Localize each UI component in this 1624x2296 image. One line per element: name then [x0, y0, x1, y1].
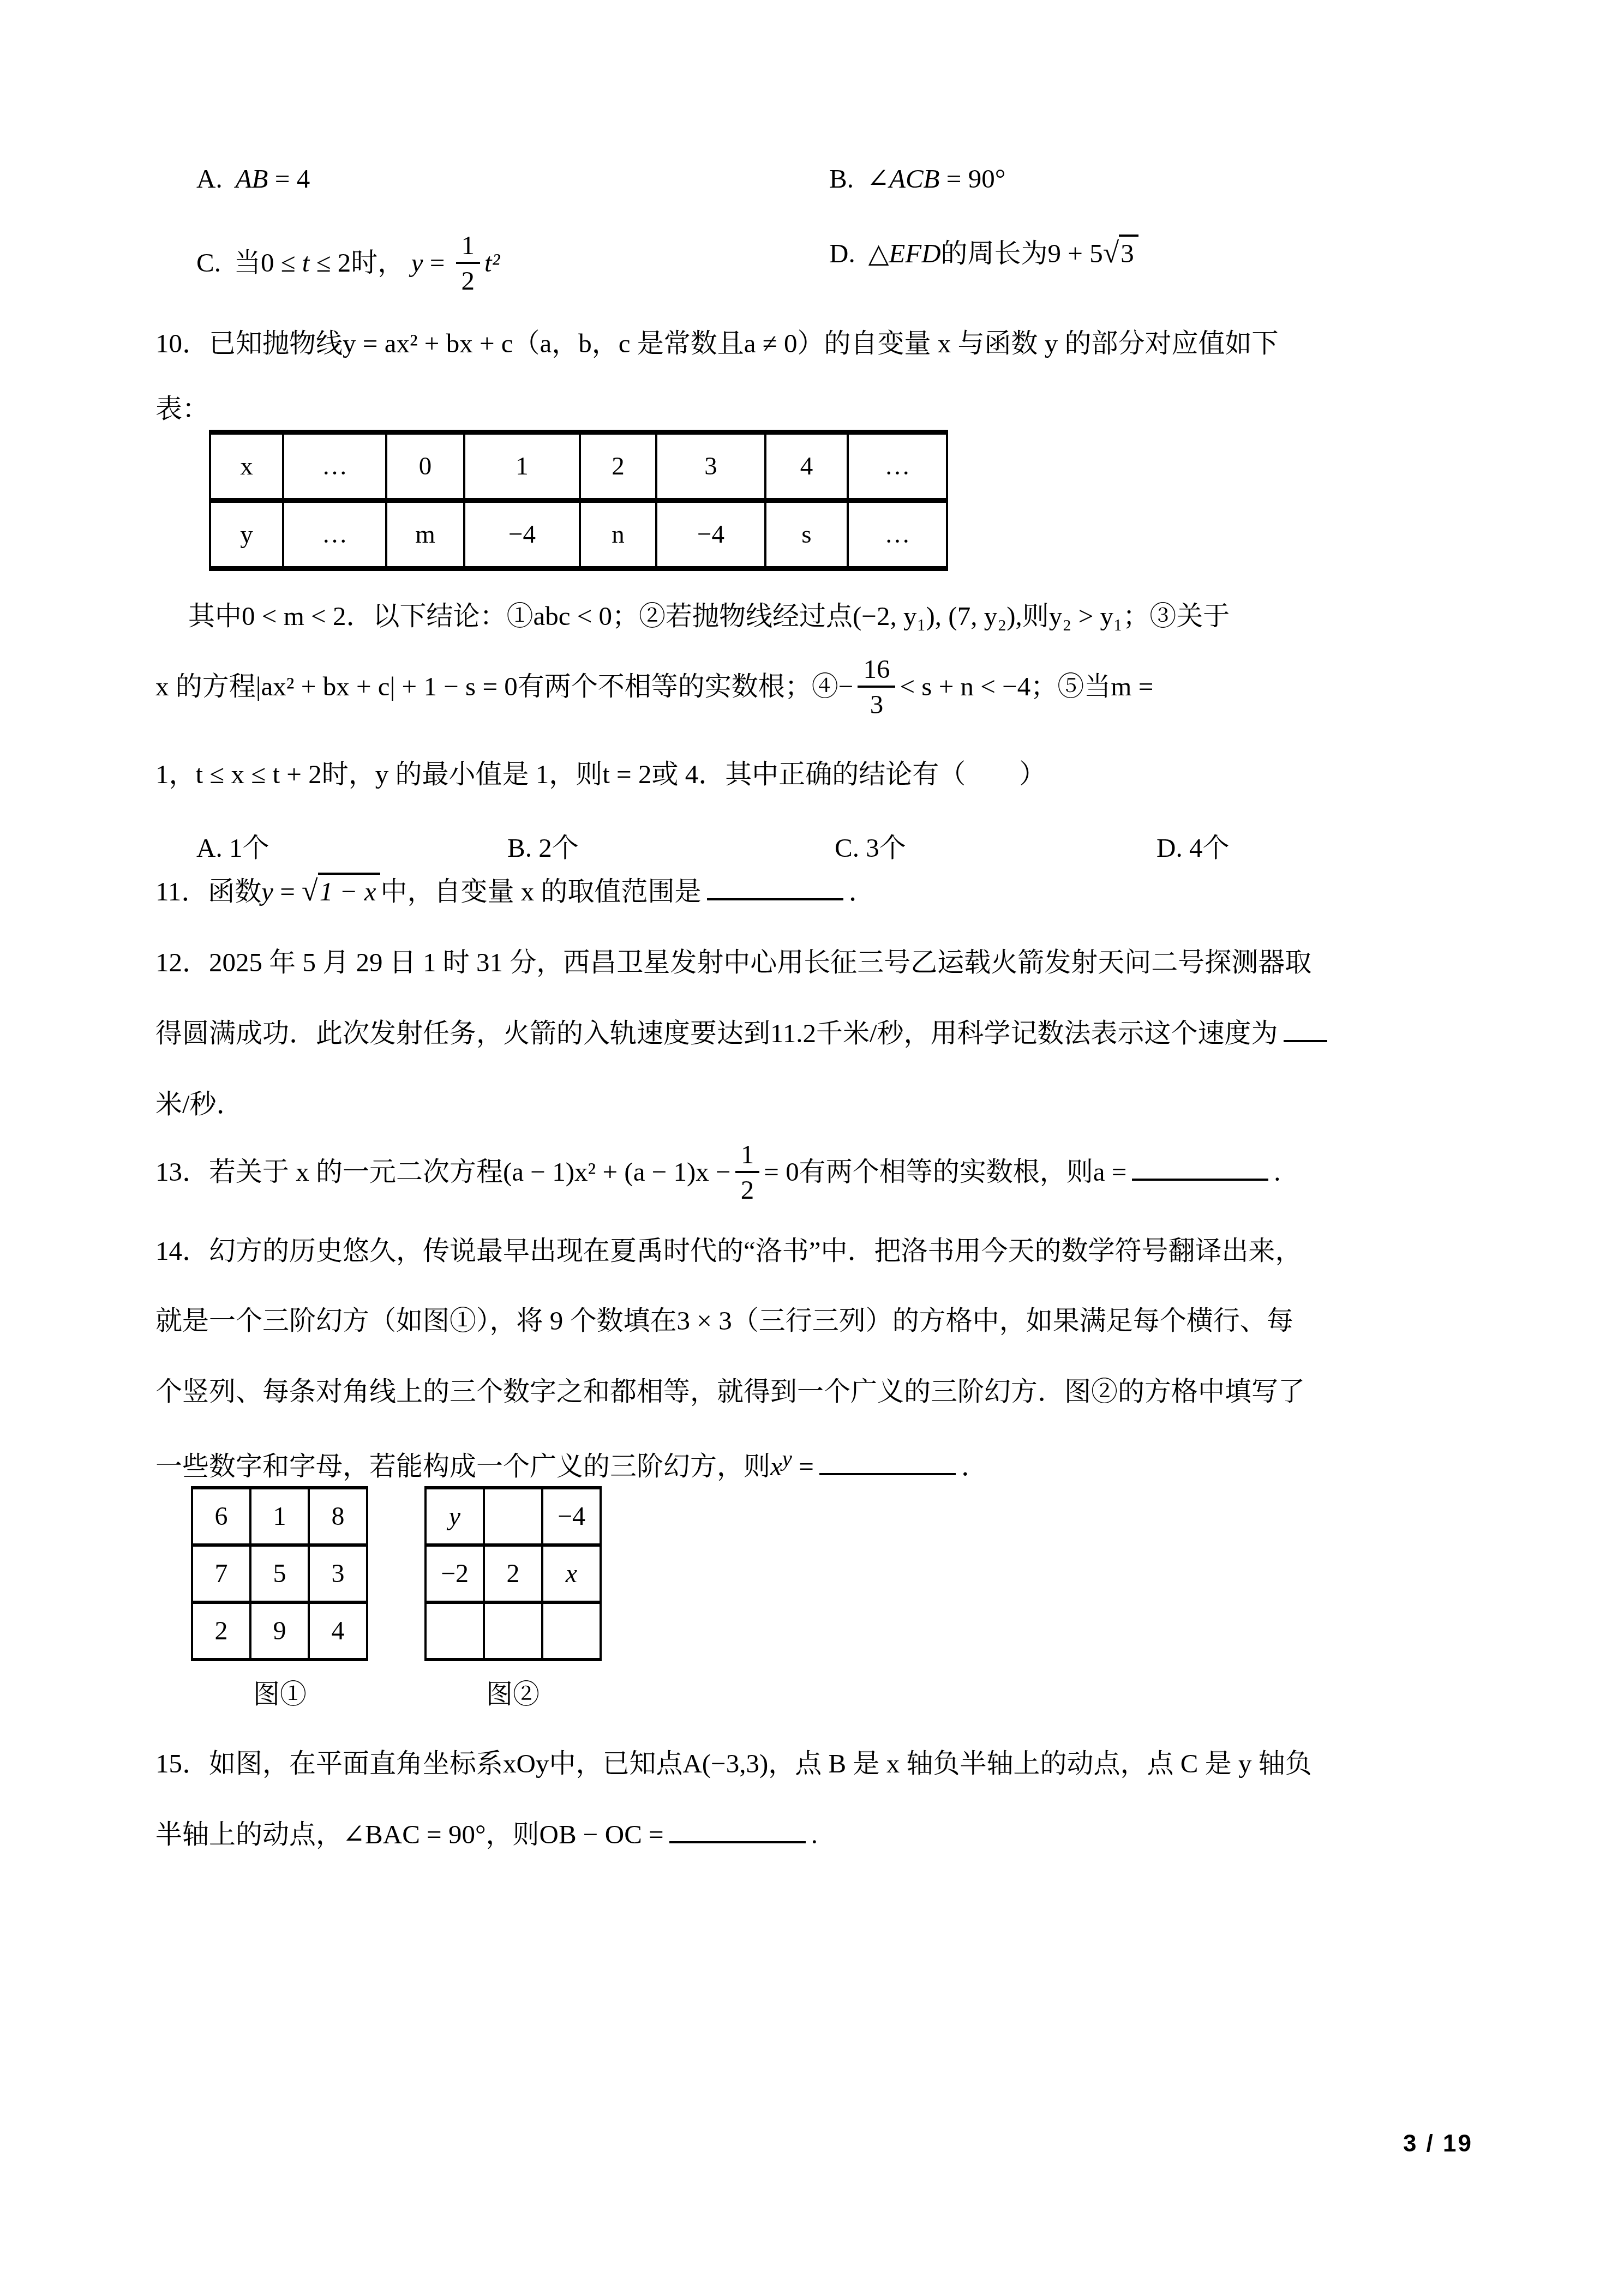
q9-option-c: C.当0 ≤ t ≤ 2时， y = 12t² — [196, 248, 500, 278]
radical-sqrt3: √3 — [1103, 238, 1138, 268]
q12-text-line2: 得圆满成功．此次发射任务，火箭的入轨速度要达到11.2千米/秒，用科学记数法表示… — [155, 1016, 1503, 1051]
answer-blank — [1132, 1172, 1268, 1181]
q12-text-line1: 12．2025 年 5 月 29 日 1 时 31 分，西昌卫星发射中心用长征三… — [155, 945, 1503, 980]
option-a-math: AB — [236, 164, 268, 194]
q14-text-line1: 14．幻方的历史悠久，传说最早出现在夏禹时代的“洛书”中．把洛书用今天的数学符号… — [155, 1234, 1503, 1269]
exam-page: A.AB = 4 B.∠ACB = 90° C.当0 ≤ t ≤ 2时， y =… — [0, 0, 1624, 2296]
option-b-label: B. — [829, 164, 854, 194]
fraction-16-3: 163 — [858, 655, 895, 719]
table-row-y: y … m −4 n −4 s … — [210, 501, 947, 569]
option-b-math: ACB — [889, 164, 940, 194]
answer-blank — [669, 1835, 806, 1843]
q14-text-line2: 就是一个三阶幻方（如图①），将 9 个数填在3 × 3（三行三列）的方格中，如果… — [155, 1303, 1503, 1338]
magic-square-figure2: y −4 −2 2 x — [424, 1486, 602, 1661]
answer-blank — [707, 892, 843, 900]
triangle-symbol: △ — [868, 238, 889, 268]
figure1-label: 图① — [253, 1673, 307, 1711]
q10-conclusions-line2: x 的方程|ax² + bx + c| + 1 − s = 0有两个不相等的实数… — [155, 657, 1503, 721]
q15-text-line2: 半轴上的动点，∠BAC = 90°，则OB − OC =. — [155, 1817, 1503, 1852]
q10-text-line1: 10．已知抛物线y = ax² + bx + c（a，b，c 是常数且a ≠ 0… — [155, 326, 1503, 361]
q10-conclusions-line1: 其中0 < m < 2．以下结论：①abc < 0；②若抛物线经过点(−2, y… — [188, 599, 1536, 634]
q9-options-row2: C.当0 ≤ t ≤ 2时， y = 12t² D.△EFD的周长为9 + 5√… — [196, 233, 1544, 297]
q10-conclusions-line3: 1，t ≤ x ≤ t + 2时，y 的最小值是 1，则t = 2或 4．其中正… — [155, 757, 1503, 792]
figure2-label: 图② — [486, 1673, 540, 1711]
q14-text-line4: 一些数字和字母，若能构成一个广义的三阶幻方，则xy =． — [155, 1444, 1503, 1484]
option-a-label: A. — [196, 164, 223, 194]
page-number: 3 / 19 — [1298, 2130, 1473, 2157]
q10-option-a: A. 1个 — [196, 831, 269, 865]
option-d-label: D. — [829, 238, 855, 268]
magic-square-figure1: 6 1 8 7 5 3 2 9 4 — [191, 1486, 368, 1661]
q13-text: 13．若关于 x 的一元二次方程(a − 1)x² + (a − 1)x −12… — [155, 1143, 1503, 1206]
angle-symbol: ∠ — [867, 164, 889, 194]
q15-text-line1: 15．如图，在平面直角坐标系xOy中，已知点A(−3,3)，点 B 是 x 轴负… — [155, 1746, 1503, 1781]
superscript-y: y — [782, 1446, 792, 1471]
q10-option-c: C. 3个 — [835, 831, 906, 865]
q9-option-b: B.∠ACB = 90° — [829, 161, 1005, 196]
fraction-one-half: 12 — [735, 1140, 760, 1204]
q11-text: 11．函数y = √1 − x中，自变量 x 的取值范围是． — [155, 871, 1503, 910]
q10-option-b: B. 2个 — [507, 831, 579, 865]
answer-blank — [1284, 1033, 1327, 1042]
q10-xy-value-table: x … 0 1 2 3 4 … y … m −4 n −4 s … — [209, 430, 948, 571]
q10-text-line2: 表： — [155, 392, 1503, 426]
q10-option-d: D. 4个 — [1156, 831, 1229, 865]
radical-1-minus-x: √1 − x — [302, 876, 380, 906]
answer-blank — [819, 1466, 956, 1475]
q9-option-d: D.△EFD的周长为9 + 5√3 — [829, 233, 1138, 272]
table-row-x: x … 0 1 2 3 4 … — [210, 432, 947, 501]
q12-text-line3: 米/秒． — [155, 1087, 1503, 1122]
q9-option-a: A.AB = 4 — [196, 164, 310, 194]
q14-text-line3: 个竖列、每条对角线上的三个数字之和都相等，就得到一个广义的三阶幻方．图②的方格中… — [155, 1374, 1503, 1409]
option-c-label: C. — [196, 248, 221, 278]
q9-options-row1: A.AB = 4 B.∠ACB = 90° — [196, 161, 1544, 196]
fraction-one-half: 12 — [456, 231, 481, 295]
